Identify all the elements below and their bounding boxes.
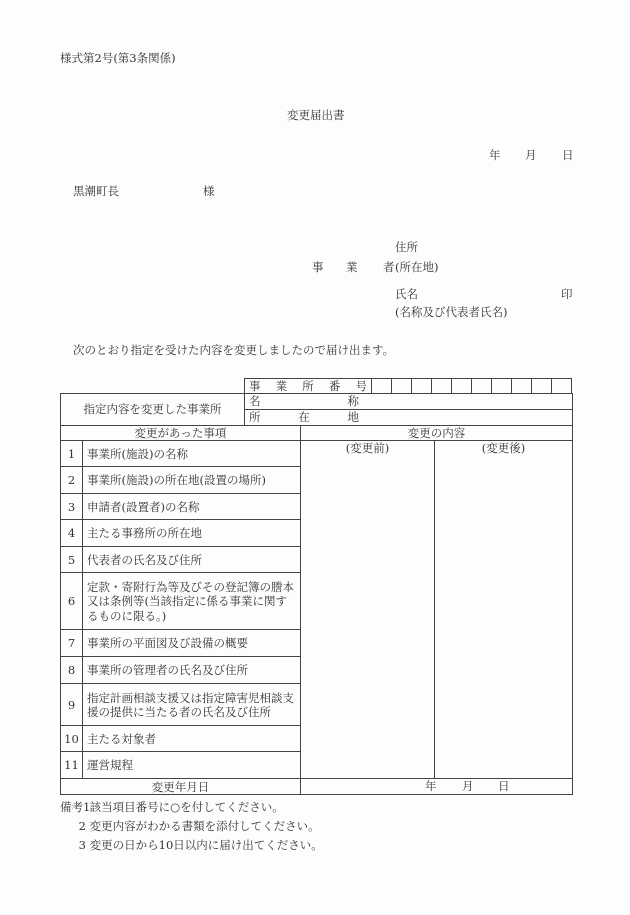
item-number[interactable]: 7 [61, 630, 83, 657]
item-text: 代表者の氏名及び住所 [83, 547, 301, 573]
item-number[interactable]: 1 [61, 441, 83, 467]
name-label: 氏名 [395, 289, 418, 301]
change-date-cell[interactable]: 年 月 日 [301, 779, 573, 795]
note-item: 2 変更内容がわかる書類を添付してください。 [60, 817, 323, 836]
change-date-year: 年 [425, 781, 437, 793]
item-text: 主たる事務所の所在地 [83, 520, 301, 547]
office-name-cell[interactable]: 名 称 [245, 394, 573, 410]
label-char: 称 [348, 394, 360, 408]
item-number[interactable]: 2 [61, 467, 83, 494]
label-char: 番 [329, 378, 341, 394]
intro-text: 次のとおり指定を受けた内容を変更しましたので届け出ます。 [73, 345, 394, 357]
digit-box[interactable] [412, 379, 432, 393]
after-change-cell[interactable]: (変更後) [435, 441, 573, 779]
notes: 備考1 該当項目番号に○を付してください。 2 変更内容がわかる書類を添付してく… [60, 798, 323, 855]
item-number[interactable]: 9 [61, 684, 83, 726]
after-label: (変更後) [482, 441, 525, 455]
change-date-label: 変更年月日 [61, 779, 301, 795]
note-text: 変更の日から10日以内に届け出てください。 [90, 838, 323, 852]
office-location-cell[interactable]: 所 在 地 [245, 410, 573, 426]
before-label: (変更前) [346, 441, 389, 455]
address-sublabel: (所在地) [395, 262, 438, 274]
digit-box[interactable] [372, 379, 392, 393]
seal-mark: 印 [561, 289, 573, 301]
document-title: 変更届出書 [287, 110, 345, 122]
item-number[interactable]: 5 [61, 547, 83, 573]
office-number-label: 事 業 所 番 号 [245, 379, 372, 393]
item-number[interactable]: 8 [61, 657, 83, 684]
applicant-label-char: 事 [312, 262, 324, 274]
digit-box[interactable] [432, 379, 452, 393]
item-text: 運営規程 [83, 752, 301, 779]
label-char: 地 [348, 410, 360, 424]
item-text: 定款・寄附行為等及びその登記簿の謄本又は条例等(当該指定に係る事業に関するものに… [83, 573, 301, 630]
addressee-honorific: 様 [203, 186, 215, 198]
change-date-day: 日 [498, 781, 510, 793]
applicant-label-char: 業 [346, 262, 358, 274]
date-month: 月 [525, 150, 537, 162]
item-text: 事業所(施設)の所在地(設置の場所) [83, 467, 301, 494]
label-char: 名 [249, 394, 261, 408]
label-char: 事 [249, 378, 261, 394]
changed-items-header: 変更があった事項 [61, 426, 301, 441]
item-text: 主たる対象者 [83, 726, 301, 752]
item-text: 事業所(施設)の名称 [83, 441, 301, 467]
digit-box[interactable] [392, 379, 412, 393]
date-year: 年 [489, 150, 501, 162]
before-change-cell[interactable]: (変更前) [301, 441, 435, 779]
label-char: 在 [298, 410, 310, 424]
note-item: 3 変更の日から10日以内に届け出てください。 [60, 836, 323, 855]
label-char: 号 [356, 378, 368, 394]
name-sublabel: (名称及び代表者氏名) [395, 307, 507, 319]
note-prefix: 備考1 [60, 798, 86, 817]
item-number[interactable]: 10 [61, 726, 83, 752]
change-content-header: 変更の内容 [301, 426, 573, 441]
note-text: 該当項目番号に○を付してください。 [90, 800, 284, 814]
digit-box[interactable] [552, 379, 571, 393]
date-day: 日 [562, 150, 574, 162]
note-prefix: 3 [60, 836, 86, 855]
note-prefix: 2 [60, 817, 86, 836]
item-number[interactable]: 6 [61, 573, 83, 630]
item-text: 申請者(設置者)の名称 [83, 494, 301, 520]
applicant-label-char: 者 [383, 262, 395, 274]
office-number-row: 事 業 所 番 号 [244, 378, 572, 393]
item-number[interactable]: 4 [61, 520, 83, 547]
digit-box[interactable] [512, 379, 532, 393]
item-number[interactable]: 3 [61, 494, 83, 520]
item-text: 事業所の平面図及び設備の概要 [83, 630, 301, 657]
digit-box[interactable] [452, 379, 472, 393]
office-number-boxes[interactable] [372, 379, 571, 393]
label-char: 業 [276, 378, 288, 394]
note-text: 変更内容がわかる書類を添付してください。 [90, 819, 320, 833]
addressee-name: 黒潮町長 [73, 186, 119, 198]
digit-box[interactable] [532, 379, 552, 393]
digit-box[interactable] [472, 379, 492, 393]
digit-box[interactable] [492, 379, 512, 393]
form-number: 様式第2号(第3条関係) [60, 53, 176, 65]
item-number[interactable]: 11 [61, 752, 83, 779]
label-char: 所 [249, 410, 261, 424]
office-changed-label: 指定内容を変更した事業所 [61, 394, 245, 426]
label-char: 所 [302, 378, 314, 394]
item-text: 事業所の管理者の氏名及び住所 [83, 657, 301, 684]
change-date-month: 月 [462, 781, 474, 793]
change-table: 指定内容を変更した事業所 名 称 所 在 地 変更があった事項 変更の内容 1 … [60, 393, 573, 795]
address-label: 住所 [395, 242, 418, 254]
note-item: 備考1 該当項目番号に○を付してください。 [60, 798, 323, 817]
item-text: 指定計画相談支援又は指定障害児相談支援の提供に当たる者の氏名及び住所 [83, 684, 301, 726]
